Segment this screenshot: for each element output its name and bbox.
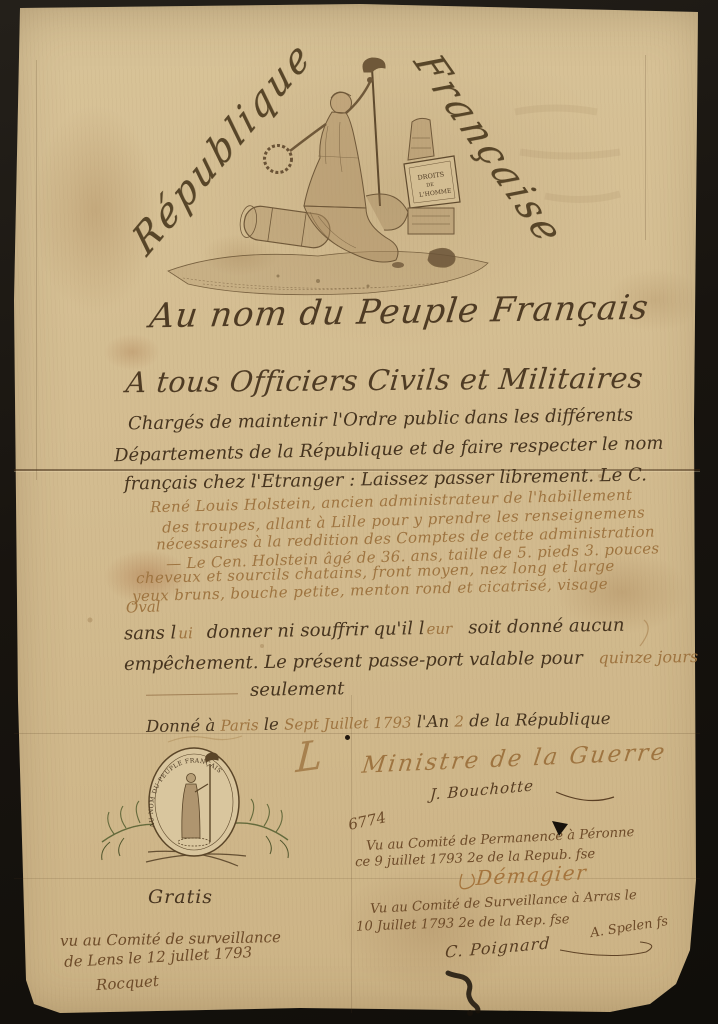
photograph-backdrop: République Française bbox=[0, 0, 718, 1024]
quinze-flourish bbox=[640, 620, 648, 646]
ink-smudge bbox=[448, 973, 478, 1011]
ink-dot bbox=[345, 735, 350, 740]
ghost-offset-marks bbox=[515, 108, 620, 200]
spelen-underline bbox=[560, 942, 652, 956]
ink-blot-triangle bbox=[552, 821, 568, 836]
faint-scribble bbox=[168, 736, 242, 742]
ink-marks-overlay bbox=[0, 0, 718, 1024]
demagier-flourish bbox=[460, 874, 474, 889]
bouchotte-flourish bbox=[556, 792, 614, 801]
